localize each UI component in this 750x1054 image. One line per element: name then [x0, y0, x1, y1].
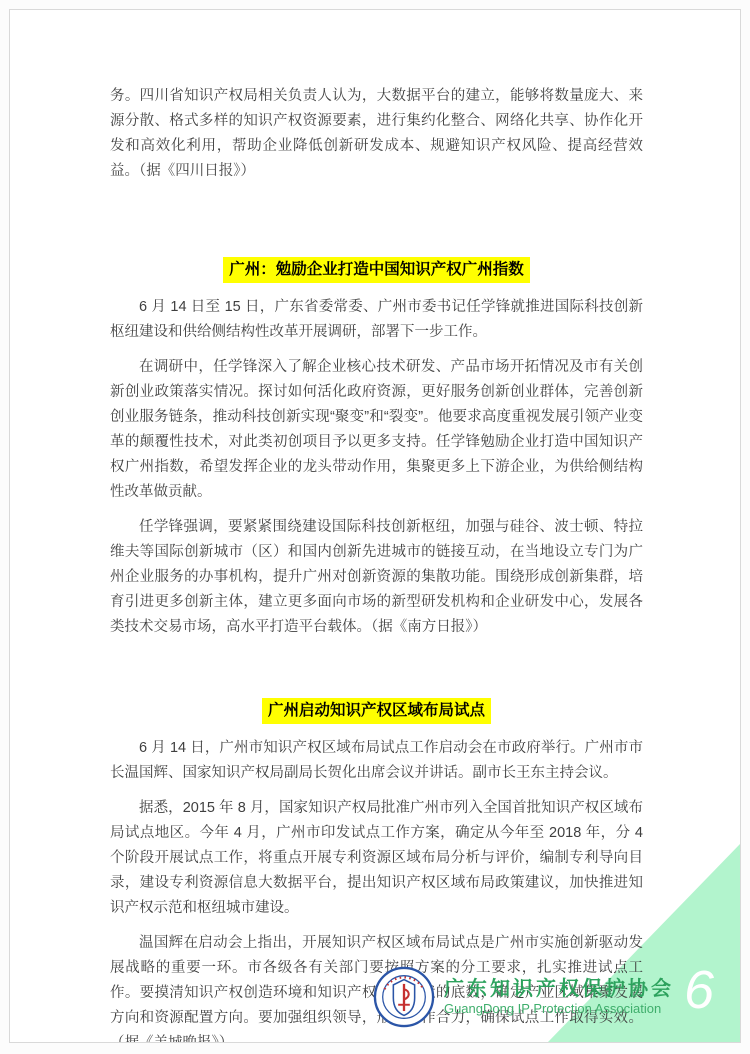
- section-1-heading: 广州：勉励企业打造中国知识产权广州指数: [223, 257, 530, 283]
- association-name-block: 广东知识产权保护协会 GuangDong IP Protection Assoc…: [444, 977, 674, 1017]
- page-number: 6: [684, 963, 714, 1017]
- section-2-paragraph-1: 6 月 14 日，广州市知识产权区域布局试点工作启动会在市政府举行。广州市市长温…: [110, 736, 643, 786]
- association-name-chinese: 广东知识产权保护协会: [444, 977, 674, 1001]
- association-name-english: GuangDong IP Protection Association: [444, 1001, 674, 1017]
- page-content: 务。四川省知识产权局相关负责人认为，大数据平台的建立，能够将数量庞大、来源分散、…: [10, 10, 740, 1043]
- section-2-heading-row: 广州启动知识产权区域布局试点: [110, 698, 643, 724]
- association-badge-icon: [373, 966, 435, 1028]
- section-2-heading: 广州启动知识产权区域布局试点: [262, 698, 491, 724]
- continued-paragraph: 务。四川省知识产权局相关负责人认为，大数据平台的建立，能够将数量庞大、来源分散、…: [110, 84, 643, 184]
- section-1-paragraph-1: 6 月 14 日至 15 日，广东省委常委、广州市委书记任学锋就推进国际科技创新…: [110, 295, 643, 345]
- page-footer: 广东知识产权保护协会 GuangDong IP Protection Assoc…: [373, 966, 714, 1028]
- section-2-paragraph-2: 据悉，2015 年 8 月，国家知识产权局批准广州市列入全国首批知识产权区域布局…: [110, 796, 643, 921]
- section-1-paragraph-3: 任学锋强调，要紧紧围绕建设国际科技创新枢纽，加强与硅谷、波士顿、特拉维夫等国际创…: [110, 515, 643, 640]
- screenshot-background: 务。四川省知识产权局相关负责人认为，大数据平台的建立，能够将数量庞大、来源分散、…: [0, 0, 750, 1054]
- document-page: 务。四川省知识产权局相关负责人认为，大数据平台的建立，能够将数量庞大、来源分散、…: [9, 9, 741, 1043]
- section-1-paragraph-2: 在调研中，任学锋深入了解企业核心技术研发、产品市场开拓情况及市有关创新创业政策落…: [110, 355, 643, 505]
- section-1-heading-row: 广州：勉励企业打造中国知识产权广州指数: [110, 257, 643, 283]
